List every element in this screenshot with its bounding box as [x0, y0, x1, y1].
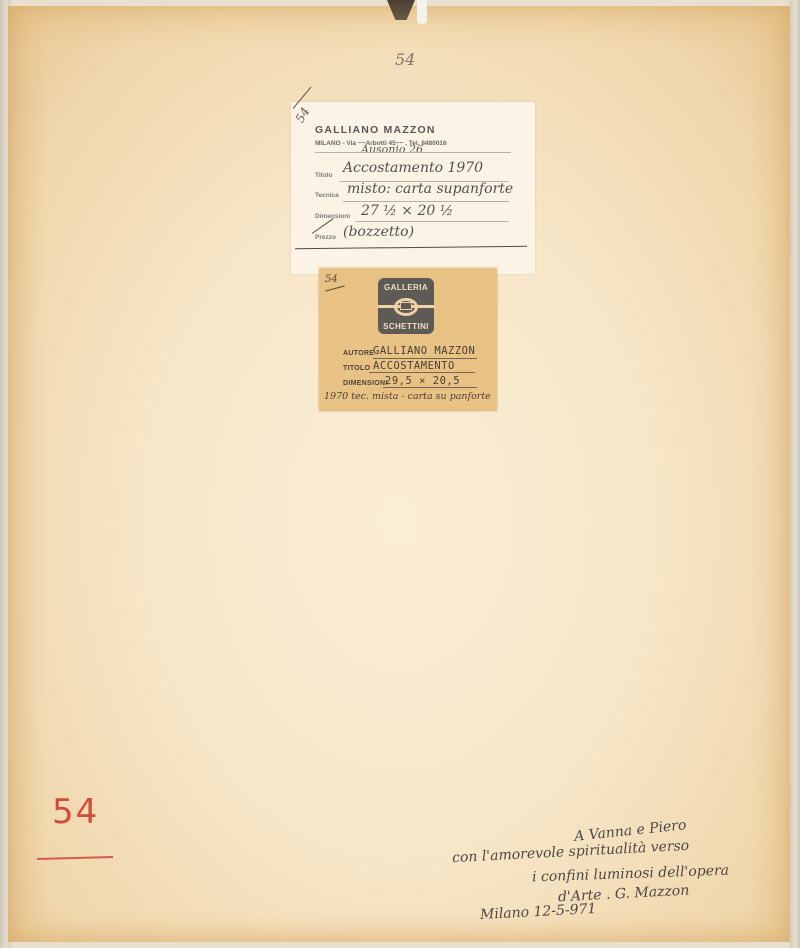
galleria-schettini-logo: GALLERIA SCHETTINI — [378, 278, 434, 334]
artist-label: 54 GALLIANO MAZZON MILANO - Via ~~Arbott… — [291, 102, 535, 274]
strikethrough — [312, 218, 334, 234]
field-line — [343, 201, 509, 202]
field-value-dimensioni: 27 ½ × 20 ½ — [361, 203, 453, 219]
field-label-titolo: Titolo — [315, 172, 333, 179]
divider — [315, 152, 511, 153]
inventory-number-red: 54 — [52, 792, 99, 832]
field-value-dimensioni: 29,5 × 20,5 — [385, 375, 460, 387]
gallery-label: 54 GALLERIA SCHETTINI AUTORE GALLIANO MA… — [319, 268, 497, 411]
field-value-tecnica: misto: carta supanforte — [347, 181, 513, 197]
field-line — [369, 372, 475, 373]
field-line — [383, 387, 477, 388]
field-value-titolo: ACCOSTAMENTO — [373, 360, 455, 372]
logo-text-bottom: SCHETTINI — [378, 322, 434, 331]
logo-window — [400, 302, 412, 310]
inventory-number-top: 54 — [395, 50, 415, 69]
gallery-label-corner-number: 54 — [325, 274, 338, 285]
field-label-autore: AUTORE — [343, 350, 374, 357]
field-label-titolo: TITOLO — [343, 365, 370, 372]
gallery-note: 1970 tec. mista - carta su panforte — [324, 391, 491, 402]
field-label-prezzo: Prezzo — [315, 234, 336, 241]
artist-name: GALLIANO MAZZON — [315, 124, 436, 136]
field-line — [373, 358, 477, 359]
artist-label-corner-number: 54 — [293, 105, 313, 125]
corner-underline — [325, 285, 345, 291]
field-label-tecnica: Tecnica — [315, 192, 339, 199]
field-line — [355, 221, 509, 222]
logo-text-top: GALLERIA — [378, 283, 434, 292]
field-label-dimensioni: DIMENSIONI — [343, 380, 388, 387]
field-value-titolo: Accostamento 1970 — [343, 160, 483, 176]
hanger-tab — [417, 0, 427, 24]
artist-address-correction: Ausonio 26 — [361, 143, 423, 156]
handwritten-underline — [295, 246, 527, 249]
field-value-autore: GALLIANO MAZZON — [373, 345, 475, 357]
field-value-prezzo: (bozzetto) — [343, 224, 414, 240]
